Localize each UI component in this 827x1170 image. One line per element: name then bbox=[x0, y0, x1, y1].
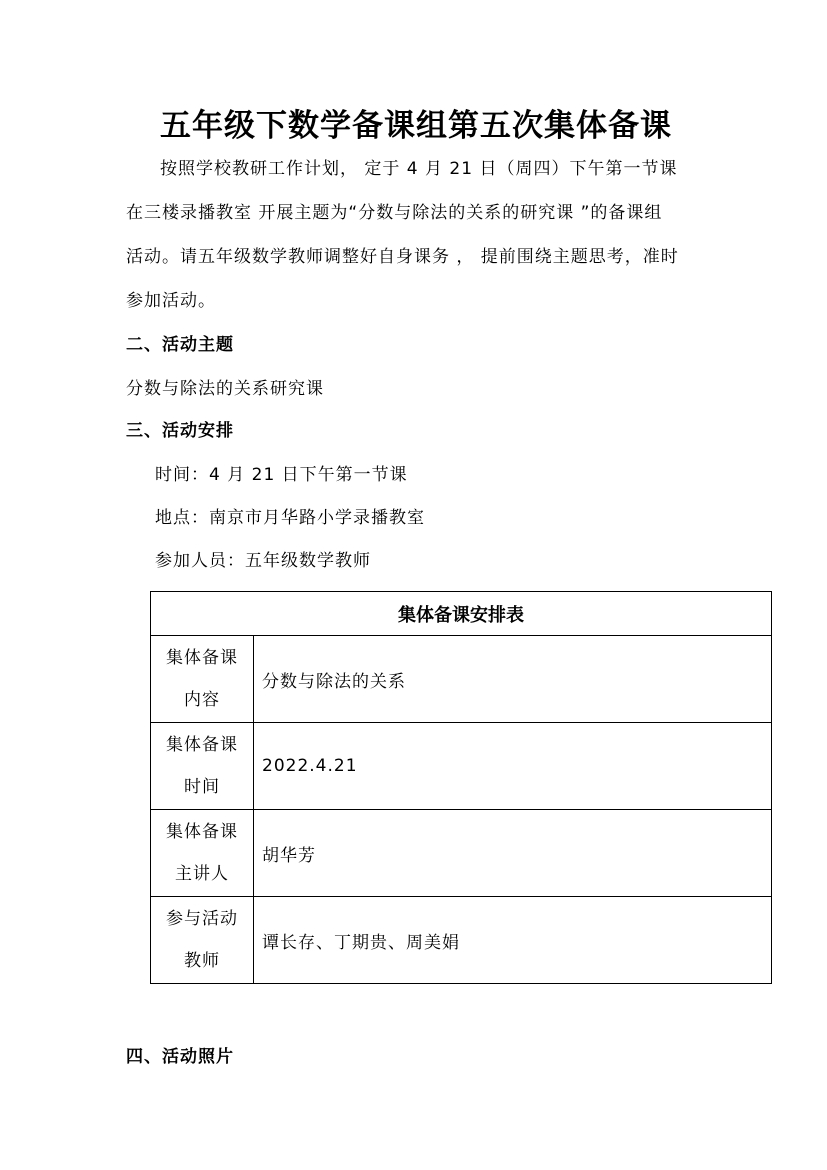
row-label: 集体备课 主讲人 bbox=[151, 810, 254, 897]
row-label-line: 参与活动 bbox=[151, 898, 253, 940]
intro-line-3: 活动。请五年级数学教师调整好自身课务 ， 提前围绕主题思考，准时 bbox=[126, 242, 679, 267]
schedule-table: 集体备课安排表 集体备课 内容 分数与除法的关系 集体备课 时间 2022.4.… bbox=[150, 591, 772, 984]
table-row: 集体备课 时间 2022.4.21 bbox=[151, 723, 772, 810]
table-caption: 集体备课安排表 bbox=[151, 592, 772, 636]
row-value: 胡华芳 bbox=[254, 810, 772, 897]
row-label-line: 集体备课 bbox=[151, 724, 253, 766]
intro-line-2: 在三楼录播教室 开展主题为“分数与除法的关系的研究课 ”的备课组 bbox=[126, 198, 662, 223]
section-2-content: 分数与除法的关系研究课 bbox=[126, 374, 324, 399]
row-label: 集体备课 内容 bbox=[151, 636, 254, 723]
row-label-line: 集体备课 bbox=[151, 811, 253, 853]
intro-line-4: 参加活动。 bbox=[126, 286, 216, 311]
section-3-heading: 三、活动安排 bbox=[126, 416, 234, 441]
row-label-line: 集体备课 bbox=[151, 637, 253, 679]
row-value: 2022.4.21 bbox=[254, 723, 772, 810]
row-label-line: 主讲人 bbox=[151, 853, 253, 895]
row-label-line: 时间 bbox=[151, 766, 253, 808]
table-row: 集体备课 内容 分数与除法的关系 bbox=[151, 636, 772, 723]
row-value: 谭长存、丁期贵、周美娟 bbox=[254, 897, 772, 984]
table-row: 参与活动 教师 谭长存、丁期贵、周美娟 bbox=[151, 897, 772, 984]
table-header-row: 集体备课安排表 bbox=[151, 592, 772, 636]
section-4-heading: 四、活动照片 bbox=[126, 1042, 234, 1067]
table-row: 集体备课 主讲人 胡华芳 bbox=[151, 810, 772, 897]
schedule-place: 地点：南京市月华路小学录播教室 bbox=[155, 503, 425, 528]
section-2-heading: 二、活动主题 bbox=[126, 330, 234, 355]
row-label: 参与活动 教师 bbox=[151, 897, 254, 984]
intro-line-1: 按照学校教研工作计划， 定于 4 月 21 日（周四）下午第一节课 bbox=[160, 154, 677, 179]
row-label-line: 内容 bbox=[151, 679, 253, 721]
schedule-participants: 参加人员：五年级数学教师 bbox=[155, 546, 371, 571]
row-label-line: 教师 bbox=[151, 940, 253, 982]
row-value: 分数与除法的关系 bbox=[254, 636, 772, 723]
row-label: 集体备课 时间 bbox=[151, 723, 254, 810]
schedule-time: 时间：4 月 21 日下午第一节课 bbox=[155, 460, 408, 485]
document-title: 五年级下数学备课组第五次集体备课 bbox=[160, 100, 672, 145]
